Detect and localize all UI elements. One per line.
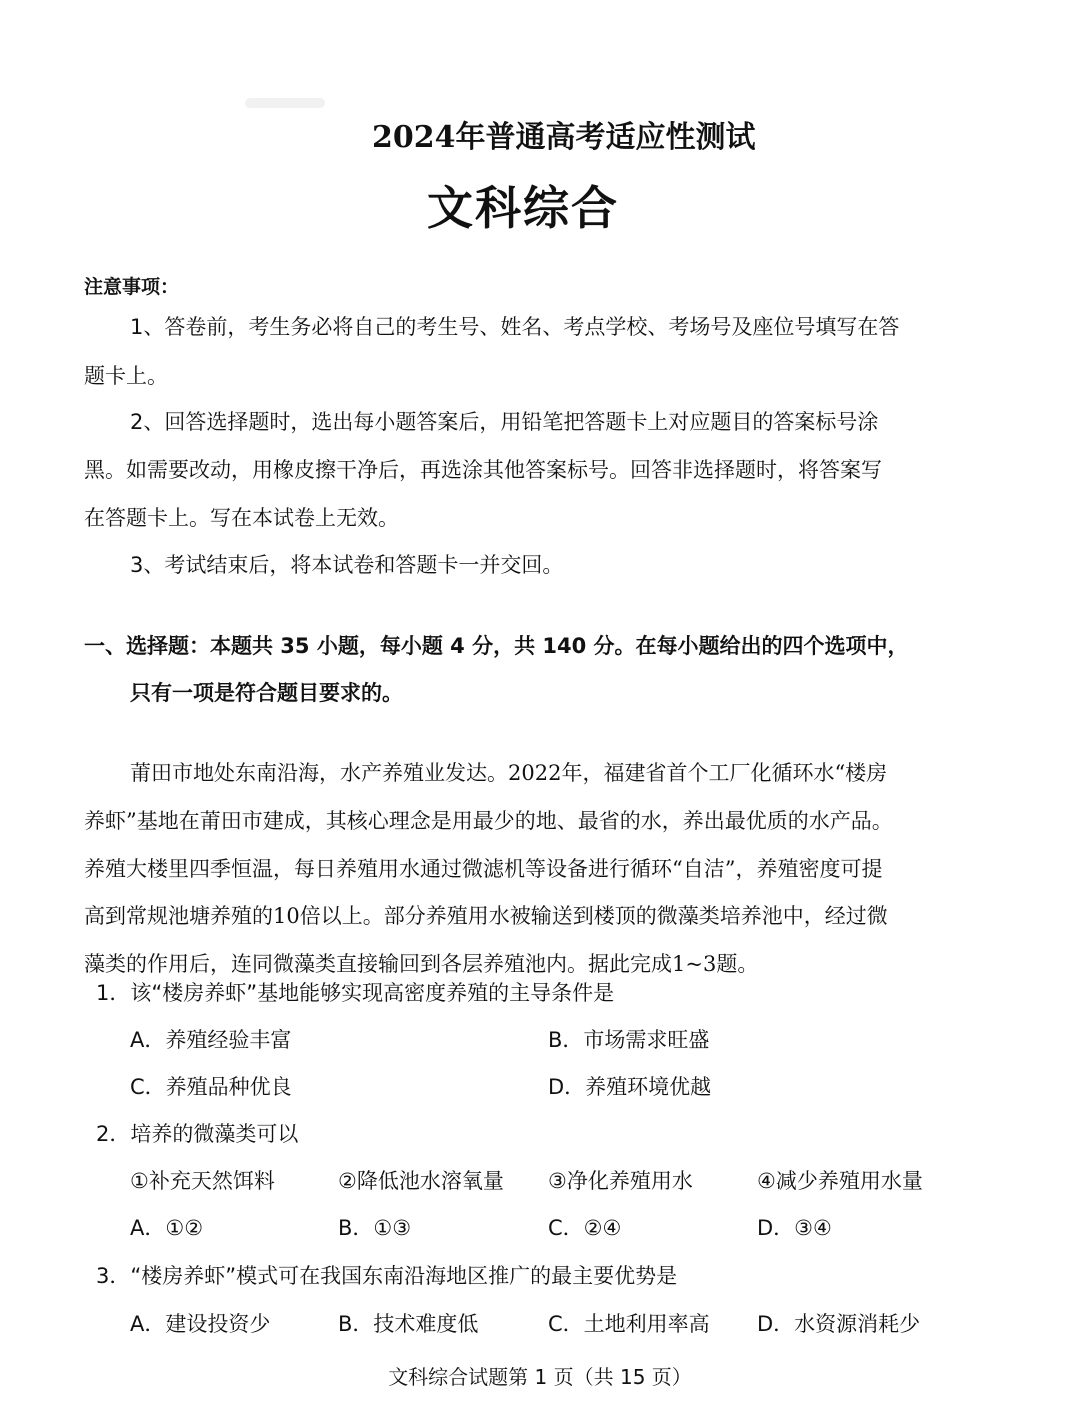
question-3-option-c: C．土地利用率高 — [548, 1314, 710, 1335]
notice-line-1: 1、答卷前，考生务必将自己的考生号、姓名、考点学校、考场号及座位号填写在答 — [130, 317, 899, 338]
section-heading-cont: 只有一项是符合题目要求的。 — [130, 683, 403, 704]
question-2-statement-3: ③净化养殖用水 — [548, 1171, 693, 1192]
question-1-option-d: D．养殖环境优越 — [548, 1077, 711, 1098]
question-3-option-a: A．建设投资少 — [130, 1314, 270, 1335]
passage-line-2: 养虾”基地在莆田市建成，其核心理念是用最少的地、最省的水，养出最优质的水产品。 — [84, 811, 893, 832]
notice-line-6: 3、考试结束后，将本试卷和答题卡一并交回。 — [130, 555, 563, 576]
passage-line-1: 莆田市地处东南沿海，水产养殖业发达。2022年，福建省首个工厂化循环水“楼房 — [130, 763, 887, 784]
exam-page: 2024年普通高考适应性测试 文科综合 注意事项： 1、答卷前，考生务必将自己的… — [0, 0, 1080, 1427]
question-3-option-b: B．技术难度低 — [338, 1314, 478, 1335]
passage-line-4: 高到常规池塘养殖的10倍以上。部分养殖用水被输送到楼顶的微藻类培养池中，经过微 — [84, 906, 888, 927]
scan-smudge — [245, 98, 325, 108]
subject-title: 文科综合 — [427, 172, 619, 238]
question-3-option-d: D．水资源消耗少 — [757, 1314, 920, 1335]
notice-line-3: 2、回答选择题时，选出每小题答案后，用铅笔把答题卡上对应题目的答案标号涂 — [130, 412, 878, 433]
question-1-option-b: B．市场需求旺盛 — [548, 1030, 709, 1051]
notice-line-4: 黑。如需要改动，用橡皮擦干净后，再选涂其他答案标号。回答非选择题时，将答案写 — [84, 460, 882, 481]
notice-line-2: 题卡上。 — [84, 366, 168, 387]
question-2-option-c: C．②④ — [548, 1218, 621, 1239]
question-2-option-b: B．①③ — [338, 1218, 411, 1239]
question-2-statement-4: ④减少养殖用水量 — [757, 1171, 923, 1192]
passage-line-5: 藻类的作用后，连同微藻类直接输回到各层养殖池内。据此完成1~3题。 — [84, 954, 758, 975]
notice-line-5: 在答题卡上。写在本试卷上无效。 — [84, 508, 399, 529]
question-2-option-a: A．①② — [130, 1218, 203, 1239]
question-2-option-d: D．③④ — [757, 1218, 832, 1239]
notice-heading: 注意事项： — [84, 272, 179, 299]
exam-title: 2024年普通高考适应性测试 — [372, 112, 756, 156]
question-2-stem: 2．培养的微藻类可以 — [96, 1124, 298, 1145]
question-3-stem: 3．“楼房养虾”模式可在我国东南沿海地区推广的最主要优势是 — [96, 1266, 677, 1287]
section-heading: 一、选择题：本题共 35 小题，每小题 4 分，共 140 分。在每小题给出的四… — [84, 636, 909, 657]
page-footer: 文科综合试题第 1 页（共 15 页） — [0, 1361, 1080, 1390]
question-1-option-a: A．养殖经验丰富 — [130, 1030, 291, 1051]
question-1-option-c: C．养殖品种优良 — [130, 1077, 292, 1098]
question-2-statement-2: ②降低池水溶氧量 — [338, 1171, 504, 1192]
question-1-stem: 1．该“楼房养虾”基地能够实现高密度养殖的主导条件是 — [96, 983, 614, 1004]
question-2-statement-1: ①补充天然饵料 — [130, 1171, 275, 1192]
passage-line-3: 养殖大楼里四季恒温，每日养殖用水通过微滤机等设备进行循环“自洁”，养殖密度可提 — [84, 859, 882, 880]
